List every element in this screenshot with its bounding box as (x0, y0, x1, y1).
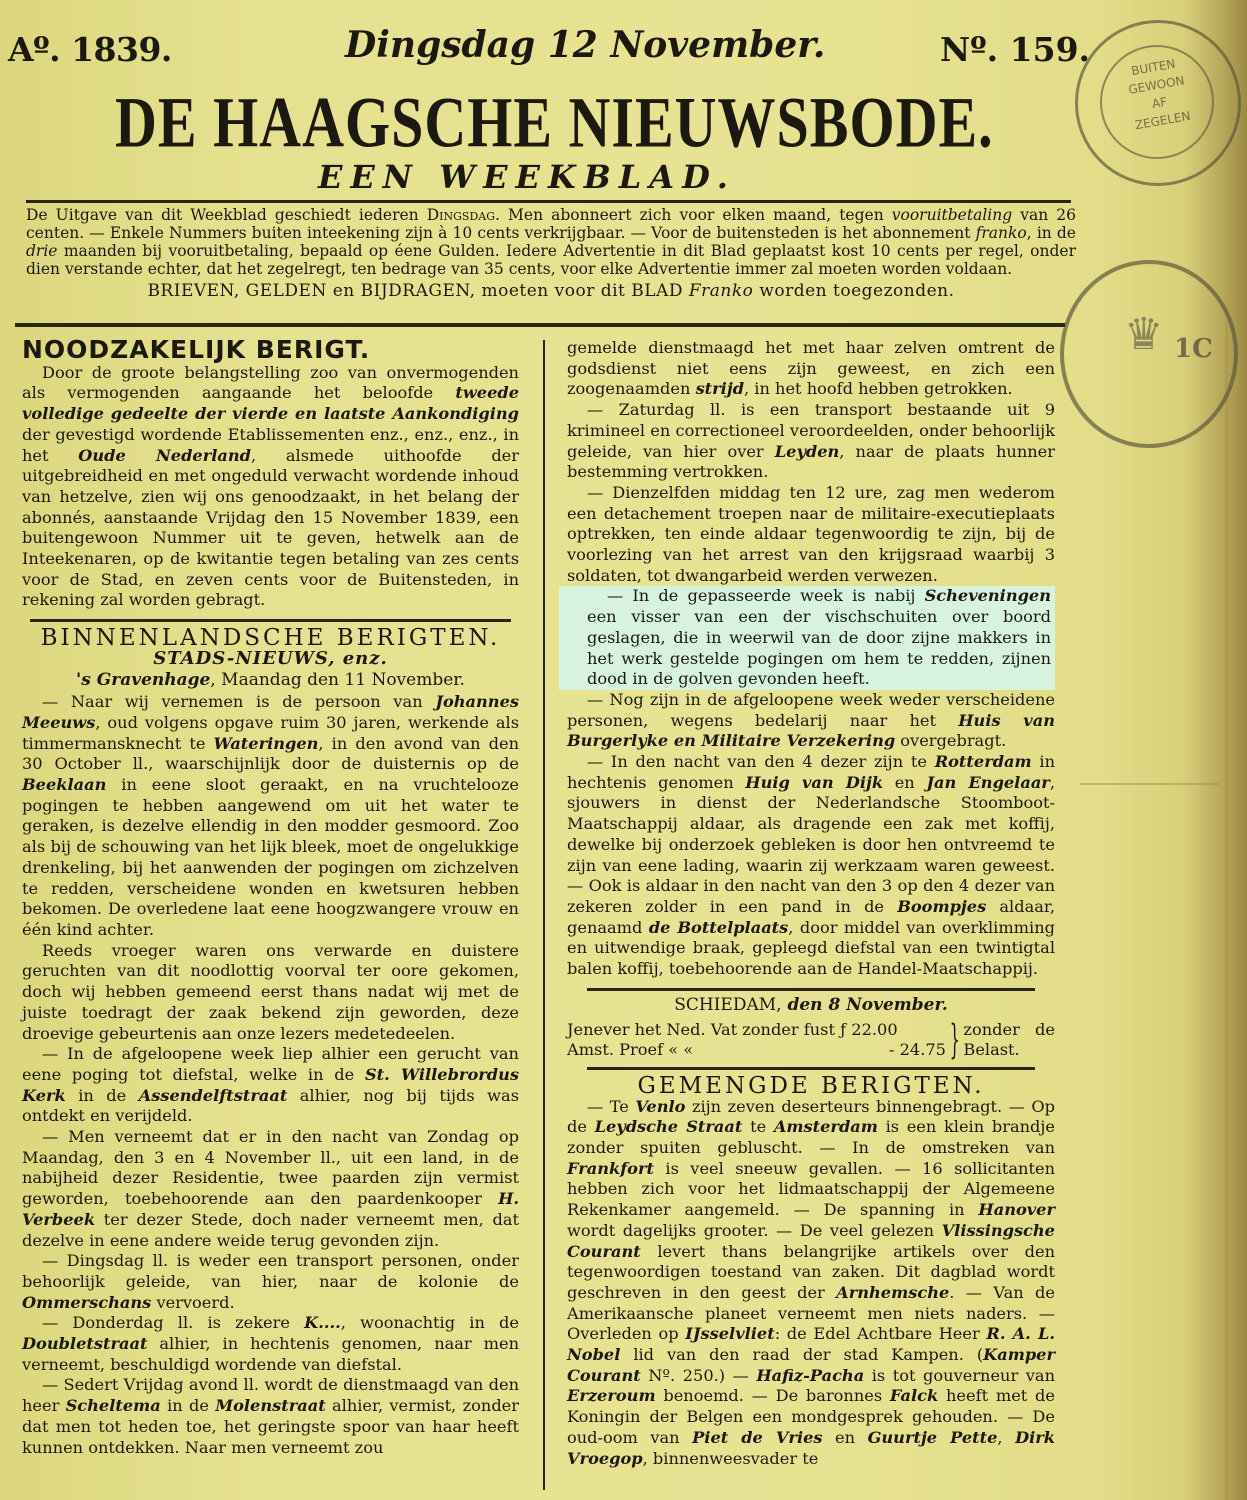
intro-day: Dingsdag (427, 206, 495, 224)
text: wordt dagelijks grooter. — De veel gelez… (567, 1221, 942, 1240)
article: — In de afgeloopene week liep alhier een… (22, 1044, 519, 1127)
text: — Men verneemt dat er in den nacht van Z… (22, 1127, 519, 1208)
price-label: Amst. Proef « « (567, 1040, 867, 1061)
emph: Ommerschans (22, 1293, 151, 1312)
text: , (997, 1428, 1015, 1447)
text: en (823, 1428, 868, 1447)
price-label: Jenever het Ned. Vat zonder fust (567, 1020, 835, 1041)
notice-paragraph: Door de groote belangstelling zoo van on… (22, 363, 519, 611)
text: — In den nacht van den 4 dezer zijn te (587, 752, 935, 771)
article: — Dingsdag ll. is weder een transport pe… (22, 1251, 519, 1313)
text: vervoerd. (151, 1293, 234, 1312)
text: lid van den raad der stad Kampen. ( (620, 1345, 983, 1364)
text: — Dingsdag ll. is weder een transport pe… (22, 1251, 519, 1291)
text: in de (161, 1396, 215, 1415)
article: — Men verneemt dat er in den nacht van Z… (22, 1127, 519, 1251)
emph: Scheltema (66, 1396, 161, 1415)
intro-rule (15, 323, 1065, 327)
emph: Huig van Dijk (745, 773, 883, 792)
brace-icon: } (950, 1020, 960, 1060)
text: , woonachtig in de (341, 1313, 519, 1332)
text: — In de gepasseerde week is nabij (607, 586, 925, 605)
emph: Oude Nederland (78, 446, 251, 465)
intro-emph: drie (26, 242, 57, 260)
text: , sjouwers in dienst der Nederlandsche S… (567, 773, 1055, 916)
text: te (742, 1117, 773, 1136)
gemengde-heading: GEMENGDE BERIGTEN. (567, 1076, 1055, 1097)
emph: Scheveningen (925, 586, 1051, 605)
text: , alsmede uithoofde der uitgebreidheid e… (22, 446, 519, 610)
emph: Boompjes (897, 897, 986, 916)
price-table: Jenever het Ned. Vat zonder fust ƒ 22.00… (567, 1020, 1055, 1061)
text: , binnenweesvader te (643, 1449, 819, 1468)
masthead-rule (26, 200, 1071, 203)
intro-text: maanden bij vooruitbetaling, bepaald op … (26, 242, 1076, 278)
article: — Naar wij vernemen is de persoon van Jo… (22, 692, 519, 940)
emph: de Bottelplaats (649, 918, 788, 937)
text: benoemd. — De baronnes (656, 1386, 890, 1405)
article: — Zaturdag ll. is een transport bestaand… (567, 400, 1055, 483)
text: in de (66, 1086, 139, 1105)
emph: Erzeroum (567, 1386, 656, 1405)
crown-icon: ♛ (1124, 309, 1163, 360)
text: een visser van een der vischschuiten ove… (587, 607, 1051, 688)
emph: Hafiz-Pacha (756, 1366, 864, 1385)
text: ter dezer Stede, doch nader verneemt men… (22, 1210, 519, 1250)
article: — Nog zijn in de afgeloopene week weder … (567, 690, 1055, 752)
emph: Leyden (775, 442, 839, 461)
section-rule (587, 988, 1035, 991)
emph: Wateringen (214, 734, 319, 753)
text: is tot gouverneur van (864, 1366, 1055, 1385)
intro-emph: franko (976, 224, 1027, 242)
right-column: gemelde dienstmaagd het met haar zelven … (567, 338, 1055, 1469)
text: en (883, 773, 926, 792)
intro-text: . Men abonneert zich voor elken maand, t… (495, 206, 892, 224)
text: , in het hoofd hebben getrokken. (744, 379, 1013, 398)
emph: Doubletstraat (22, 1334, 147, 1353)
intro-text: De Uitgave van dit Weekblad geschiedt ie… (26, 206, 427, 224)
price-value: ƒ 22.00 (840, 1020, 897, 1041)
text: — Naar wij vernemen is de persoon van (42, 692, 435, 711)
article: — Donderdag ll. is zekere K...., woonach… (22, 1313, 519, 1375)
column-divider (543, 340, 545, 1490)
emph: Rotterdam (935, 752, 1032, 771)
text: : de Edel Achtbare Heer (775, 1324, 987, 1343)
subscription-info: De Uitgave van dit Weekblad geschiedt ie… (26, 206, 1076, 300)
text: overgebragt. (895, 731, 1006, 750)
emph: Falck (890, 1386, 938, 1405)
text: — Donderdag ll. is zekere (42, 1313, 304, 1332)
article: — In den nacht van den 4 dezer zijn te R… (567, 752, 1055, 980)
emph: Amsterdam (774, 1117, 878, 1136)
text: Door de groote belangstelling zoo van on… (22, 363, 519, 403)
emph: IJsselvliet (685, 1324, 774, 1343)
note-text: BRIEVEN, GELDEN en BIJDRAGEN, moeten voo… (147, 281, 688, 301)
dateline: 's Gravenhage, Maandag den 11 November. (22, 670, 519, 691)
section-rule (587, 1067, 1035, 1070)
seal-value: 1C (1174, 334, 1213, 364)
dateline-place: 's Gravenhage (76, 670, 210, 690)
article: — Te Venlo zijn zeven deserteurs binneng… (567, 1097, 1055, 1470)
paper-crease (1080, 783, 1220, 785)
note-text: worden toegezonden. (753, 281, 954, 301)
section-subheading: STADS-NIEUWS, enz. (22, 649, 519, 670)
emph: Assendelftstraat (139, 1086, 288, 1105)
emph: Arnhemsche (836, 1283, 949, 1302)
text: in eene sloot geraakt, en na vruchtelooz… (22, 775, 519, 939)
price-row: Jenever het Ned. Vat zonder fust ƒ 22.00 (567, 1020, 946, 1041)
price-list: Jenever het Ned. Vat zonder fust ƒ 22.00… (567, 1020, 946, 1061)
article: Reeds vroeger waren ons verwarde en duis… (22, 941, 519, 1045)
price-row: Amst. Proef « «- 24.75 (567, 1040, 946, 1061)
emph: Leydsche Straat (595, 1117, 743, 1136)
section-rule (30, 619, 511, 622)
text: Nº. 250.) — (641, 1366, 757, 1385)
place: SCHIEDAM, (674, 995, 781, 1015)
issue-number: Nº. 159. (940, 30, 1090, 69)
intro-text: , in de (1027, 224, 1076, 242)
left-column: NOODZAKELIJK BERIGT. Door de groote bela… (22, 340, 519, 1458)
highlighted-article: — In de gepasseerde week is nabij Scheve… (559, 586, 1055, 690)
intro-emph: vooruitbetaling (892, 206, 1012, 224)
article: — Sedert Vrijdag avond ll. wordt de dien… (22, 1375, 519, 1458)
article: gemelde dienstmaagd het met haar zelven … (567, 338, 1055, 400)
emph: Piet de Vries (692, 1428, 822, 1447)
issue-date: Dingsdag 12 November. (345, 24, 825, 66)
emph: Venlo (635, 1097, 685, 1116)
note-emph: Franko (689, 281, 754, 301)
date: den 8 November. (782, 995, 948, 1015)
crown-seal-icon: ♛ 1C (1060, 260, 1238, 448)
submission-note: BRIEVEN, GELDEN en BIJDRAGEN, moeten voo… (26, 282, 1076, 300)
emph: Beeklaan (22, 775, 106, 794)
emph: Jan Engelaar (926, 773, 1049, 792)
emph: Molenstraat (215, 1396, 326, 1415)
emph: Hanover (978, 1200, 1055, 1219)
price-note: zonder de Belast. (963, 1020, 1055, 1061)
article: — Dienzelfden middag ten 12 ure, zag men… (567, 483, 1055, 587)
emph: strijd (696, 379, 744, 398)
emph: K.... (304, 1313, 341, 1332)
emph: Guurtje Pette (868, 1428, 998, 1447)
notice-heading: NOODZAKELIJK BERIGT. (22, 340, 519, 361)
schiedam-heading: SCHIEDAM, den 8 November. (567, 995, 1055, 1016)
newspaper-subtitle: EEN WEEKBLAD. (318, 158, 736, 196)
emph: Frankfort (567, 1159, 654, 1178)
issue-year: Aº. 1839. (8, 30, 172, 69)
page-fold (1225, 320, 1228, 1500)
tax-stamp-icon: BUITEN GEWOON AF ZEGELEN (1075, 20, 1241, 186)
price-value: - 24.75 (889, 1040, 946, 1061)
text: — Te (587, 1097, 635, 1116)
newspaper-title: DE HAAGSCHE NIEUWSBODE. (115, 80, 994, 164)
section-heading: BINNENLANDSCHE BERIGTEN. (22, 628, 519, 649)
dateline-date: , Maandag den 11 November. (210, 670, 465, 690)
